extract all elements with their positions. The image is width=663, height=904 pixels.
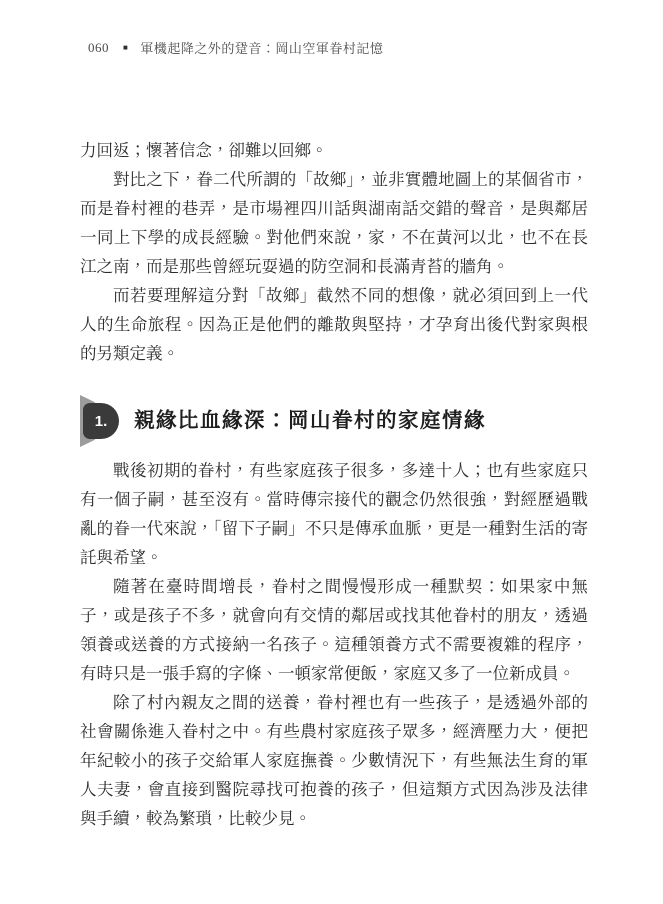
paragraph-continued: 力回返；懷著信念，卻難以回鄉。 [80,136,588,165]
paragraph: 戰後初期的眷村，有些家庭孩子很多，多達十人；也有些家庭只有一個子嗣，甚至沒有。當… [80,456,588,572]
square-bullet-icon: ■ [123,44,128,52]
running-header-title: 軍機起降之外的跫音：岡山空軍眷村記憶 [140,38,383,57]
section-title: 親緣比血緣深：岡山眷村的家庭情緣 [134,407,486,436]
section-heading: 1. 親緣比血緣深：岡山眷村的家庭情緣 [80,398,588,444]
running-header: 060 ■ 軍機起降之外的跫音：岡山空軍眷村記憶 [88,38,383,57]
section-number: 1. [83,403,119,439]
paragraph: 除了村內親友之間的送養，眷村裡也有一些孩子，是透過外部的社會關係進入眷村之中。有… [80,688,588,833]
page-number: 060 [88,40,109,56]
book-page: 060 ■ 軍機起降之外的跫音：岡山空軍眷村記憶 力回返；懷著信念，卻難以回鄉。… [0,0,663,904]
page-body: 力回返；懷著信念，卻難以回鄉。 對比之下，眷二代所謂的「故鄉」，並非實體地圖上的… [80,136,588,833]
paragraph: 隨著在臺時間增長，眷村之間慢慢形成一種默契：如果家中無子，或是孩子不多，就會向有… [80,572,588,688]
paragraph: 而若要理解這分對「故鄉」截然不同的想像，就必須回到上一代人的生命旅程。因為正是他… [80,281,588,368]
section-number-badge: 1. [80,401,120,441]
paragraph: 對比之下，眷二代所謂的「故鄉」，並非實體地圖上的某個省市，而是眷村裡的巷弄，是市… [80,165,588,281]
